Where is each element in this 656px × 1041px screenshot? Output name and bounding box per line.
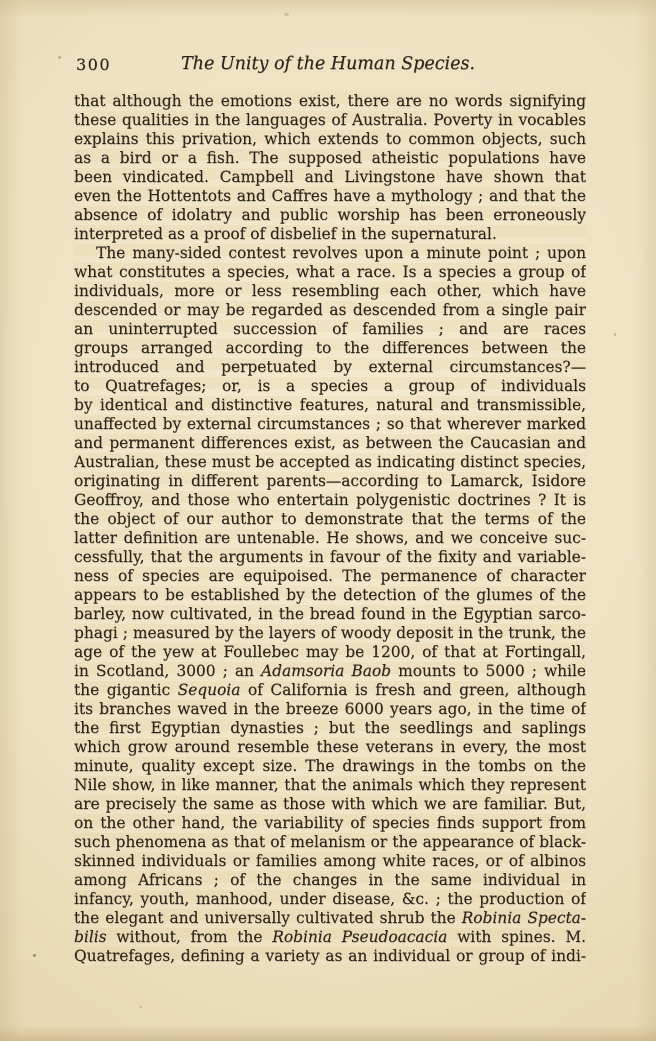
italic-text: bilis <box>74 928 107 946</box>
paragraph: that although the emotions exist, there … <box>74 92 586 244</box>
text-line: individuals, more or less resembling eac… <box>74 282 586 301</box>
text-line: explains this privation, which extends t… <box>74 130 586 149</box>
text-segment: Australian, these must be accepted as in… <box>74 453 586 471</box>
text-line: cessfully, that the arguments in favour … <box>74 548 586 567</box>
text-line: such phenomena as that of melanism or th… <box>74 833 586 852</box>
text-line: what constitutes a species, what a race.… <box>74 263 586 282</box>
text-line: and permanent differences exist, as betw… <box>74 434 586 453</box>
paragraph: The many-sided contest revolves upon a m… <box>74 244 586 966</box>
text-segment: an uninterrupted succession of families … <box>74 320 586 339</box>
text-line: Australian, these must be accepted as in… <box>74 453 586 472</box>
text-line: been vindicated. Campbell and Livingston… <box>74 168 586 187</box>
text-segment: groups arranged according to the differe… <box>74 339 586 358</box>
text-segment: as a bird or a fish. The supposed atheis… <box>74 149 586 167</box>
text-segment: even the Hottentots and Caffres have a m… <box>74 187 586 205</box>
text-line: introduced and perpetuated by external c… <box>74 358 586 377</box>
italic-text: Adamsoria Baob <box>261 662 391 680</box>
text-segment: explains this privation, which extends t… <box>74 130 586 148</box>
text-segment: Geoffroy, and those who entertain polyge… <box>74 491 586 509</box>
text-line: on the other hand, the variability of sp… <box>74 814 586 833</box>
text-segment: the object of our author to demonstrate … <box>74 510 586 528</box>
text-segment: absence of idolatry and public worship h… <box>74 206 586 224</box>
text-line: by identical and distinctive features, n… <box>74 396 586 415</box>
text-segment: are precisely the same as those with whi… <box>74 795 586 813</box>
text-segment: The many-sided contest revolves upon a m… <box>96 244 586 262</box>
text-segment: latter definition are untenable. He show… <box>74 529 586 547</box>
text-segment: in Scotland, 3000 ; an <box>74 662 261 680</box>
text-segment: appears to be established by the detecti… <box>74 586 586 604</box>
text-line: the object of our author to demonstrate … <box>74 510 586 529</box>
text-segment: descended or may be regarded as descende… <box>74 301 586 320</box>
italic-text: Robinia Specta- <box>462 909 586 927</box>
text-segment: skinned individuals or families among wh… <box>74 852 586 870</box>
text-segment: age of the yew at Foullebec may be 1200,… <box>74 643 586 661</box>
text-line: even the Hottentots and Caffres have a m… <box>74 187 586 206</box>
text-segment: the gigantic <box>74 681 178 699</box>
text-line: minute, quality except size. The drawing… <box>74 757 586 776</box>
text-segment: what constitutes a species, what a race.… <box>74 263 586 281</box>
text-segment: been vindicated. Campbell and Livingston… <box>74 168 586 186</box>
text-segment: minute, quality except size. The drawing… <box>74 757 586 775</box>
text-line: the gigantic Sequoia of California is fr… <box>74 681 586 700</box>
text-line: that although the emotions exist, there … <box>74 92 586 111</box>
text-line: originating in different parents—accordi… <box>74 472 586 491</box>
text-block: that although the emotions exist, there … <box>74 92 586 966</box>
text-line: appears to be established by the detecti… <box>74 586 586 605</box>
text-segment: on the other hand, the variability of sp… <box>74 814 586 832</box>
text-segment: which grow around resemble these veteran… <box>74 738 586 756</box>
text-line: its branches waved in the breeze 6000 ye… <box>74 700 586 719</box>
text-segment: introduced and perpetuated by external c… <box>74 358 586 377</box>
text-line: bilis without, from the Robinia Pseudoac… <box>74 928 586 947</box>
text-line: absence of idolatry and public worship h… <box>74 206 586 225</box>
text-line: as a bird or a fish. The supposed atheis… <box>74 149 586 168</box>
paper-speck <box>33 954 36 957</box>
text-line: unaffected by external circumstances ; s… <box>74 415 586 434</box>
text-line: The many-sided contest revolves upon a m… <box>74 244 586 263</box>
text-segment: Nile show, in like manner, that the anim… <box>74 776 586 794</box>
text-segment: the elegant and universally cultivated s… <box>74 909 462 927</box>
text-segment: of California is fresh and green, althou… <box>240 681 586 699</box>
text-segment: originating in different parents—accordi… <box>74 472 586 490</box>
text-segment: Quatrefages, defining a variety as an in… <box>74 947 586 965</box>
text-line: these qualities in the languages of Aust… <box>74 111 586 130</box>
text-segment: ness of species are equipoised. The perm… <box>74 567 586 585</box>
text-line: the elegant and universally cultivated s… <box>74 909 586 928</box>
text-segment: these qualities in the languages of Aust… <box>74 111 586 129</box>
text-line: an uninterrupted succession of families … <box>74 320 586 339</box>
text-segment: by identical and distinctive features, n… <box>74 396 586 414</box>
text-segment: infancy, youth, manhood, under disease, … <box>74 890 586 908</box>
italic-text: Robinia Pseudoacacia <box>272 928 447 946</box>
text-line: infancy, youth, manhood, under disease, … <box>74 890 586 909</box>
italic-text: Sequoia <box>178 681 241 699</box>
text-line: are precisely the same as those with whi… <box>74 795 586 814</box>
text-segment: the first Egyptian dynasties ; but the s… <box>74 719 586 737</box>
text-segment: mounts to 5000 ; while <box>391 662 586 680</box>
text-segment: with spines. M. <box>447 928 586 946</box>
paper-speck <box>140 1006 142 1008</box>
text-line: descended or may be regarded as descende… <box>74 301 586 320</box>
text-line: interpreted as a proof of disbelief in t… <box>74 225 586 244</box>
text-line: Quatrefages, defining a variety as an in… <box>74 947 586 966</box>
paper-speck <box>614 333 616 336</box>
book-page: 300 The Unity of the Human Species. that… <box>0 0 656 1041</box>
text-line: phagi ; measured by the layers of woody … <box>74 624 586 643</box>
text-line: groups arranged according to the differe… <box>74 339 586 358</box>
paper-speck <box>284 13 289 16</box>
text-segment: cessfully, that the arguments in favour … <box>74 548 586 566</box>
text-segment: barley, now cultivated, in the bread fou… <box>74 605 586 623</box>
text-line: latter definition are untenable. He show… <box>74 529 586 548</box>
text-segment: that although the emotions exist, there … <box>74 92 586 110</box>
text-line: ness of species are equipoised. The perm… <box>74 567 586 586</box>
text-segment: such phenomena as that of melanism or th… <box>74 833 586 851</box>
text-line: Geoffroy, and those who entertain polyge… <box>74 491 586 510</box>
text-segment: individuals, more or less resembling eac… <box>74 282 586 300</box>
text-line: which grow around resemble these veteran… <box>74 738 586 757</box>
text-segment: and permanent differences exist, as betw… <box>74 434 586 452</box>
text-segment: to Quatrefages; or, is a species a group… <box>74 377 586 396</box>
text-line: among Africans ; of the changes in the s… <box>74 871 586 890</box>
text-line: to Quatrefages; or, is a species a group… <box>74 377 586 396</box>
text-segment: its branches waved in the breeze 6000 ye… <box>74 700 586 718</box>
page-header: 300 The Unity of the Human Species. <box>0 54 656 78</box>
text-segment: unaffected by external circumstances ; s… <box>74 415 586 433</box>
text-line: Nile show, in like manner, that the anim… <box>74 776 586 795</box>
text-segment: without, from the <box>107 928 273 946</box>
text-segment: interpreted as a proof of disbelief in t… <box>74 225 497 243</box>
running-title: The Unity of the Human Species. <box>0 54 656 74</box>
text-segment: phagi ; measured by the layers of woody … <box>74 624 586 642</box>
text-line: skinned individuals or families among wh… <box>74 852 586 871</box>
text-line: in Scotland, 3000 ; an Adamsoria Baob mo… <box>74 662 586 681</box>
text-line: barley, now cultivated, in the bread fou… <box>74 605 586 624</box>
text-line: age of the yew at Foullebec may be 1200,… <box>74 643 586 662</box>
text-line: the first Egyptian dynasties ; but the s… <box>74 719 586 738</box>
text-segment: among Africans ; of the changes in the s… <box>74 871 586 889</box>
